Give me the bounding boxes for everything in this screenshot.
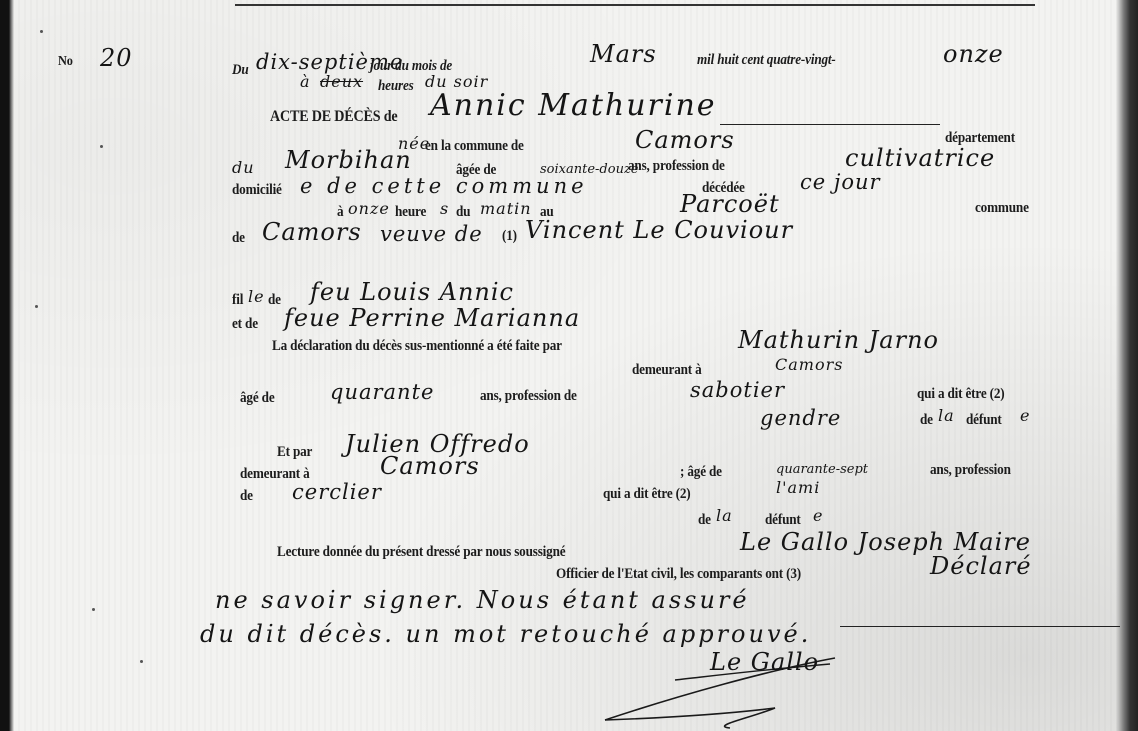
spouse-value: Vincent Le Couviour: [525, 216, 793, 244]
declarant-1-profession-label: ans, profession de: [480, 388, 577, 405]
decede-suffix-value: ce jour: [800, 170, 881, 194]
scan-speck: [92, 608, 95, 611]
commune-label: commune: [975, 200, 1029, 217]
declarant-2-age-value: quarante-sept: [776, 462, 868, 477]
scan-right-border: [1116, 0, 1138, 731]
du-period-label: du: [456, 204, 470, 221]
declarant-2-defunt-label: défunt: [765, 512, 801, 529]
officer-signature: Le Gallo: [600, 640, 960, 730]
declarant-1-age-label: âgé de: [240, 390, 275, 407]
declarant-1-residence-value: Camors: [775, 355, 843, 374]
a-value: à: [300, 72, 311, 91]
scan-speck: [140, 660, 143, 663]
declarant-1-relation-label: qui a dit être (2): [917, 386, 1005, 403]
declarant-2-age-label: ; âgé de: [680, 464, 722, 481]
name-underline: [720, 124, 940, 125]
death-hour-value: onze: [348, 199, 390, 218]
declarant-2-profession-value: cerclier: [292, 480, 382, 504]
declarant-1-defunt-suffix: e: [1020, 406, 1030, 425]
month-value: Mars: [590, 40, 657, 68]
lecture-label: Lecture donnée du présent dressé par nou…: [277, 544, 565, 561]
hour-value: deux: [320, 72, 363, 91]
scan-left-border: [0, 0, 14, 731]
year-suffix-value: onze: [943, 40, 1004, 68]
departement-value: Morbihan: [285, 146, 412, 174]
declarant-1-defunt-article: la: [938, 406, 955, 425]
declarant-2-ans-profession-label: ans, profession: [930, 462, 1011, 479]
declarant-1-defunt-label: défunt: [966, 412, 1002, 429]
statement-1-value: Déclaré: [930, 552, 1032, 580]
declarant-2-defunt-suffix: e: [813, 506, 823, 525]
ans-profession-label: ans, profession de: [628, 158, 725, 175]
declaration-label: La déclaration du décès sus-mentionné a …: [272, 338, 562, 355]
declarant-1-name-value: Mathurin Jarno: [738, 326, 939, 354]
fille-label: fil: [232, 292, 243, 309]
footnote-1: (1): [502, 228, 517, 245]
born-label: en la commune de: [425, 138, 524, 155]
declarant-1-relation-value: gendre: [760, 406, 841, 430]
acte-title-label: ACTE DE DÉCÈS de: [270, 108, 397, 126]
record-number-value: 20: [100, 44, 133, 72]
declarant-1-age-value: quarante: [330, 380, 434, 404]
mother-value: feue Perrine Marianna: [284, 304, 580, 332]
declarant-2-relation-label: qui a dit être (2): [603, 486, 691, 503]
scan-speck: [40, 30, 43, 33]
declarant-1-defunt-de-label: de: [920, 412, 933, 429]
domicile-label: domicilié: [232, 182, 282, 199]
death-certificate-page: No 20 Du dix-septième jour du mois de Ma…: [0, 0, 1138, 731]
signature-text: Le Gallo: [710, 648, 819, 676]
declarant-2-relation-value: l'ami: [776, 478, 820, 497]
scan-speck: [35, 305, 38, 308]
heure-label: heure: [395, 204, 426, 221]
domicile-value: e de cette commune: [300, 174, 588, 198]
du-label: Du: [232, 62, 249, 79]
declarant-2-residence-value: Camors: [380, 452, 480, 480]
death-place-value: Parcoët: [680, 190, 780, 218]
death-commune-value: Camors: [262, 218, 362, 246]
veuve-value: veuve de: [380, 222, 483, 246]
declarant-2-defunt-de-label: de: [698, 512, 711, 529]
top-rule: [235, 0, 1035, 6]
record-number-label: No: [58, 54, 73, 70]
statement-2-value: ne savoir signer. Nous étant assuré: [215, 586, 750, 614]
declarant-1-profession-value: sabotier: [690, 378, 785, 402]
du-value: du: [232, 158, 255, 177]
deceased-name-value: Annic Mathurine: [430, 88, 717, 123]
et-par-label: Et par: [277, 444, 312, 461]
profession-value: cultivatrice: [845, 144, 995, 172]
et-de-label: et de: [232, 316, 258, 333]
scan-speck: [100, 145, 103, 148]
heure-suffix-value: s: [440, 199, 449, 218]
declarant-2-defunt-article: la: [716, 506, 733, 525]
closing-rule: [840, 626, 1120, 627]
de-label: de: [232, 230, 245, 247]
father-de-label: de: [268, 292, 281, 309]
death-period-value: matin: [480, 199, 532, 218]
officier-label: Officier de l'Etat civil, les comparants…: [556, 566, 801, 583]
heures-label: heures: [378, 78, 414, 95]
declarant-1-demeurant-label: demeurant à: [632, 362, 702, 379]
birth-commune-value: Camors: [635, 126, 735, 154]
fille-suffix-value: le: [248, 287, 265, 306]
father-value: feu Louis Annic: [310, 278, 514, 306]
declarant-2-de-label: de: [240, 488, 253, 505]
year-prefix-label: mil huit cent quatre-vingt-: [697, 52, 836, 69]
